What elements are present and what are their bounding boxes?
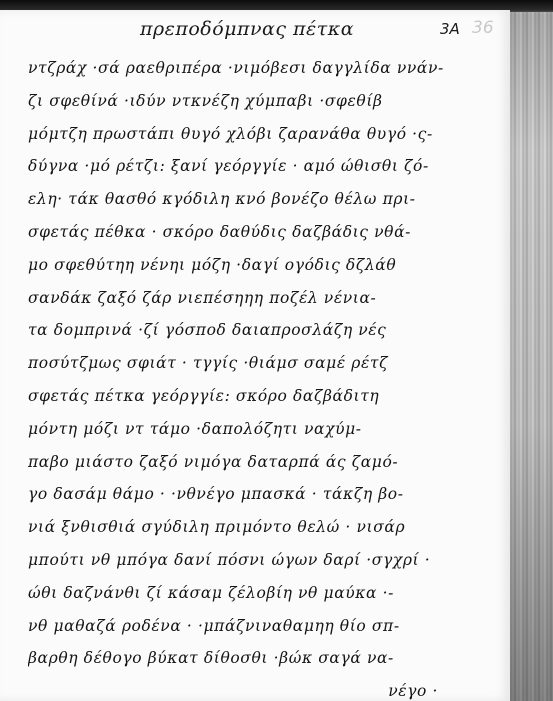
text-line-final: νέγο · [28,675,498,701]
text-line: παβο μιάστο ζαξό νιμόγα δαταρπά άς ζαμό- [28,446,498,479]
text-line: ζι σφεθίνά ·ιδύν ντκνέζη χύμπαβι ·σφεθίβ [28,85,498,118]
text-line: σφετάς πέθκα · σκόρο δαθύδις δαζβάδις νθ… [28,216,498,249]
text-line: μόμτζη πρωστάπι θυγό χλόβι ζαρανάθα θυγό… [28,118,498,151]
text-line: σανδάκ ζαξό ζάρ νιεπέσηηη ποζέλ νένια- [28,282,498,315]
text-line: σφετάς πέτκα γεόργγίε: σκόρο δαζβάδιτη [28,380,498,413]
text-line: βαρθη δέθογο βύκατ δίθοσθι ·βώκ σαγά να- [28,642,498,675]
text-line: ελη· τάκ θασθό κγόδιλη κνό βονέζο θέλω π… [28,183,498,216]
text-line: νθ μαθαζά ροδένα · ·μπάζνιναθαμηη θίο σπ… [28,610,498,643]
text-line: τα δομπρινά ·ζί γόσποδ δαιαπροσλάζη νές [28,314,498,347]
folio-number-pencil: 36 [472,18,494,38]
text-line: γο δασάμ θάμο · ·νθνέγο μπασκά · τάκζη β… [28,478,498,511]
running-title: πρεποδόμπνας πέτκα [140,18,354,40]
text-line: μόντη μόζι ντ τάμο ·δαπολόζητι ναχύμ- [28,413,498,446]
text-line: νιά ξνθισθιά σγύδιλη πριμόντο θελώ · νισ… [28,511,498,544]
manuscript-text-block: ντζράχ ·σά ραεθριπέρα ·νιμόβεσι δαγγλίδα… [28,52,498,701]
text-line: ποσύτζμως σφιάτ · τγγίς ·θιάμσ σαμέ ρέτζ [28,347,498,380]
page-header: πρεποδόμπνας πέτκα 3A 36 [0,10,510,50]
folio-number-ink: 3A [440,20,460,38]
text-line: μο σφεθύτηη νένηι μόζη ·δαγί ογόδις δζλά… [28,249,498,282]
text-line: μπούτι νθ μπόγα δανί πόσνι ώγων δαρί ·σγ… [28,544,498,577]
text-line: ώθι δαζνάνθι ζί κάσαμ ζέλοβίη νθ μαύκα ·… [28,577,498,610]
book-page-edges [505,12,553,701]
text-line: ντζράχ ·σά ραεθριπέρα ·νιμόβεσι δαγγλίδα… [28,52,498,85]
text-line: δύγνα ·μό ρέτζι: ξανί γεόργγίε · αμό ώθι… [28,150,498,183]
